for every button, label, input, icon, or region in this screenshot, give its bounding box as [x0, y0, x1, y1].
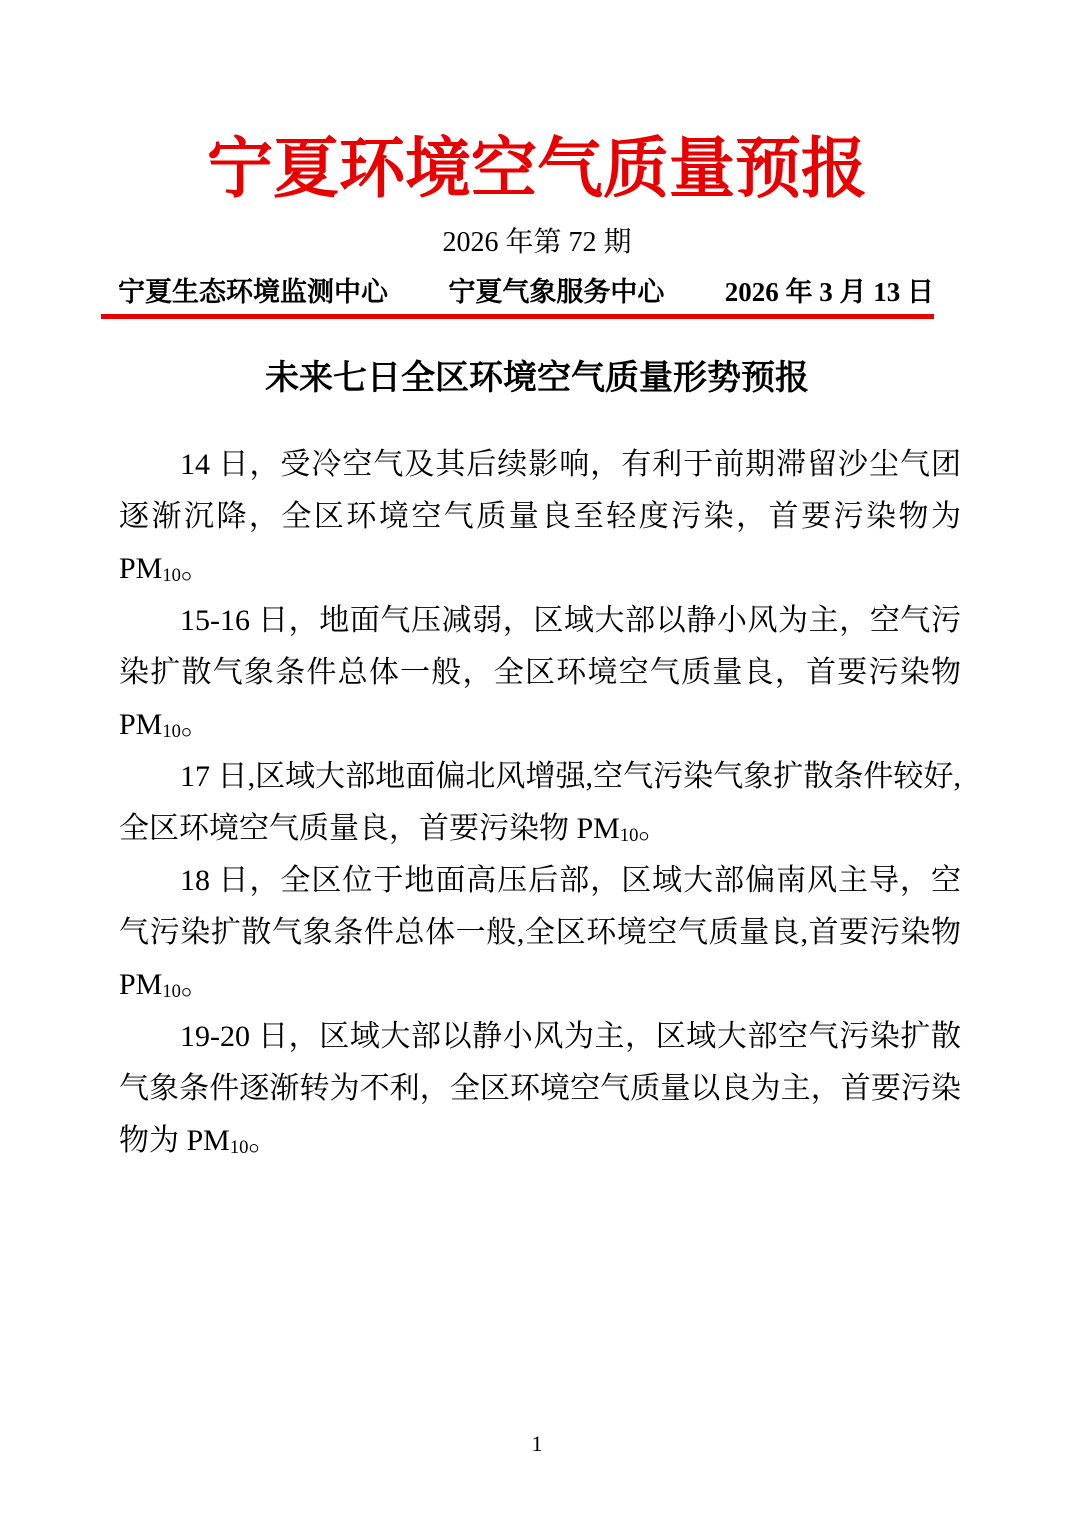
issue-number: 2026 年第 72 期 — [0, 224, 1074, 262]
issuer-row: 宁夏生态环境监测中心 宁夏气象服务中心 2026 年 3 月 13 日 — [118, 274, 934, 310]
paragraph-text: 14 日，受冷空气及其后续影响，有利于前期滞留沙尘气团逐渐沉降，全区环境空气质量… — [119, 448, 961, 585]
paragraph-tail: 。 — [181, 552, 211, 585]
paragraph-text: 18 日，全区位于地面高压后部，区域大部偏南风主导，空气污染扩散气象条件总体一般… — [119, 864, 961, 1001]
section-heading: 未来七日全区环境空气质量形势预报 — [0, 352, 1074, 404]
paragraph-text: 17 日,区域大部地面偏北风增强,空气污染气象扩散条件较好,全区环境空气质量良，… — [119, 760, 961, 845]
page-number: 1 — [0, 1430, 1074, 1458]
paragraph-tail: 。 — [181, 708, 211, 741]
pm-subscript: 10 — [162, 565, 181, 586]
red-divider-rule — [101, 314, 934, 319]
paragraph-text: 15-16 日，地面气压减弱，区域大部以静小风为主，空气污染扩散气象条件总体一般… — [119, 604, 961, 741]
paragraph-tail: 。 — [638, 812, 668, 845]
pm-subscript: 10 — [620, 825, 639, 846]
forecast-body: 14 日，受冷空气及其后续影响，有利于前期滞留沙尘气团逐渐沉降，全区环境空气质量… — [119, 439, 961, 1167]
issuer-center-org: 宁夏气象服务中心 — [448, 274, 664, 310]
forecast-paragraph-day17: 17 日,区域大部地面偏北风增强,空气污染气象扩散条件较好,全区环境空气质量良，… — [119, 751, 961, 855]
forecast-paragraph-day19-20: 19-20 日，区域大部以静小风为主，区域大部空气污染扩散气象条件逐渐转为不利，… — [119, 1011, 961, 1167]
issue-date: 2026 年 3 月 13 日 — [725, 274, 934, 310]
issuer-left-org: 宁夏生态环境监测中心 — [118, 274, 388, 310]
paragraph-tail: 。 — [248, 1124, 278, 1157]
document-page: 宁夏环境空气质量预报 2026 年第 72 期 宁夏生态环境监测中心 宁夏气象服… — [0, 0, 1074, 1520]
paragraph-tail: 。 — [181, 968, 211, 1001]
forecast-paragraph-day18: 18 日，全区位于地面高压后部，区域大部偏南风主导，空气污染扩散气象条件总体一般… — [119, 855, 961, 1011]
pm-subscript: 10 — [162, 981, 181, 1002]
pm-subscript: 10 — [230, 1137, 249, 1158]
pm-subscript: 10 — [162, 721, 181, 742]
forecast-paragraph-day14: 14 日，受冷空气及其后续影响，有利于前期滞留沙尘气团逐渐沉降，全区环境空气质量… — [119, 439, 961, 595]
document-title: 宁夏环境空气质量预报 — [0, 122, 1074, 218]
forecast-paragraph-day15-16: 15-16 日，地面气压减弱，区域大部以静小风为主，空气污染扩散气象条件总体一般… — [119, 595, 961, 751]
